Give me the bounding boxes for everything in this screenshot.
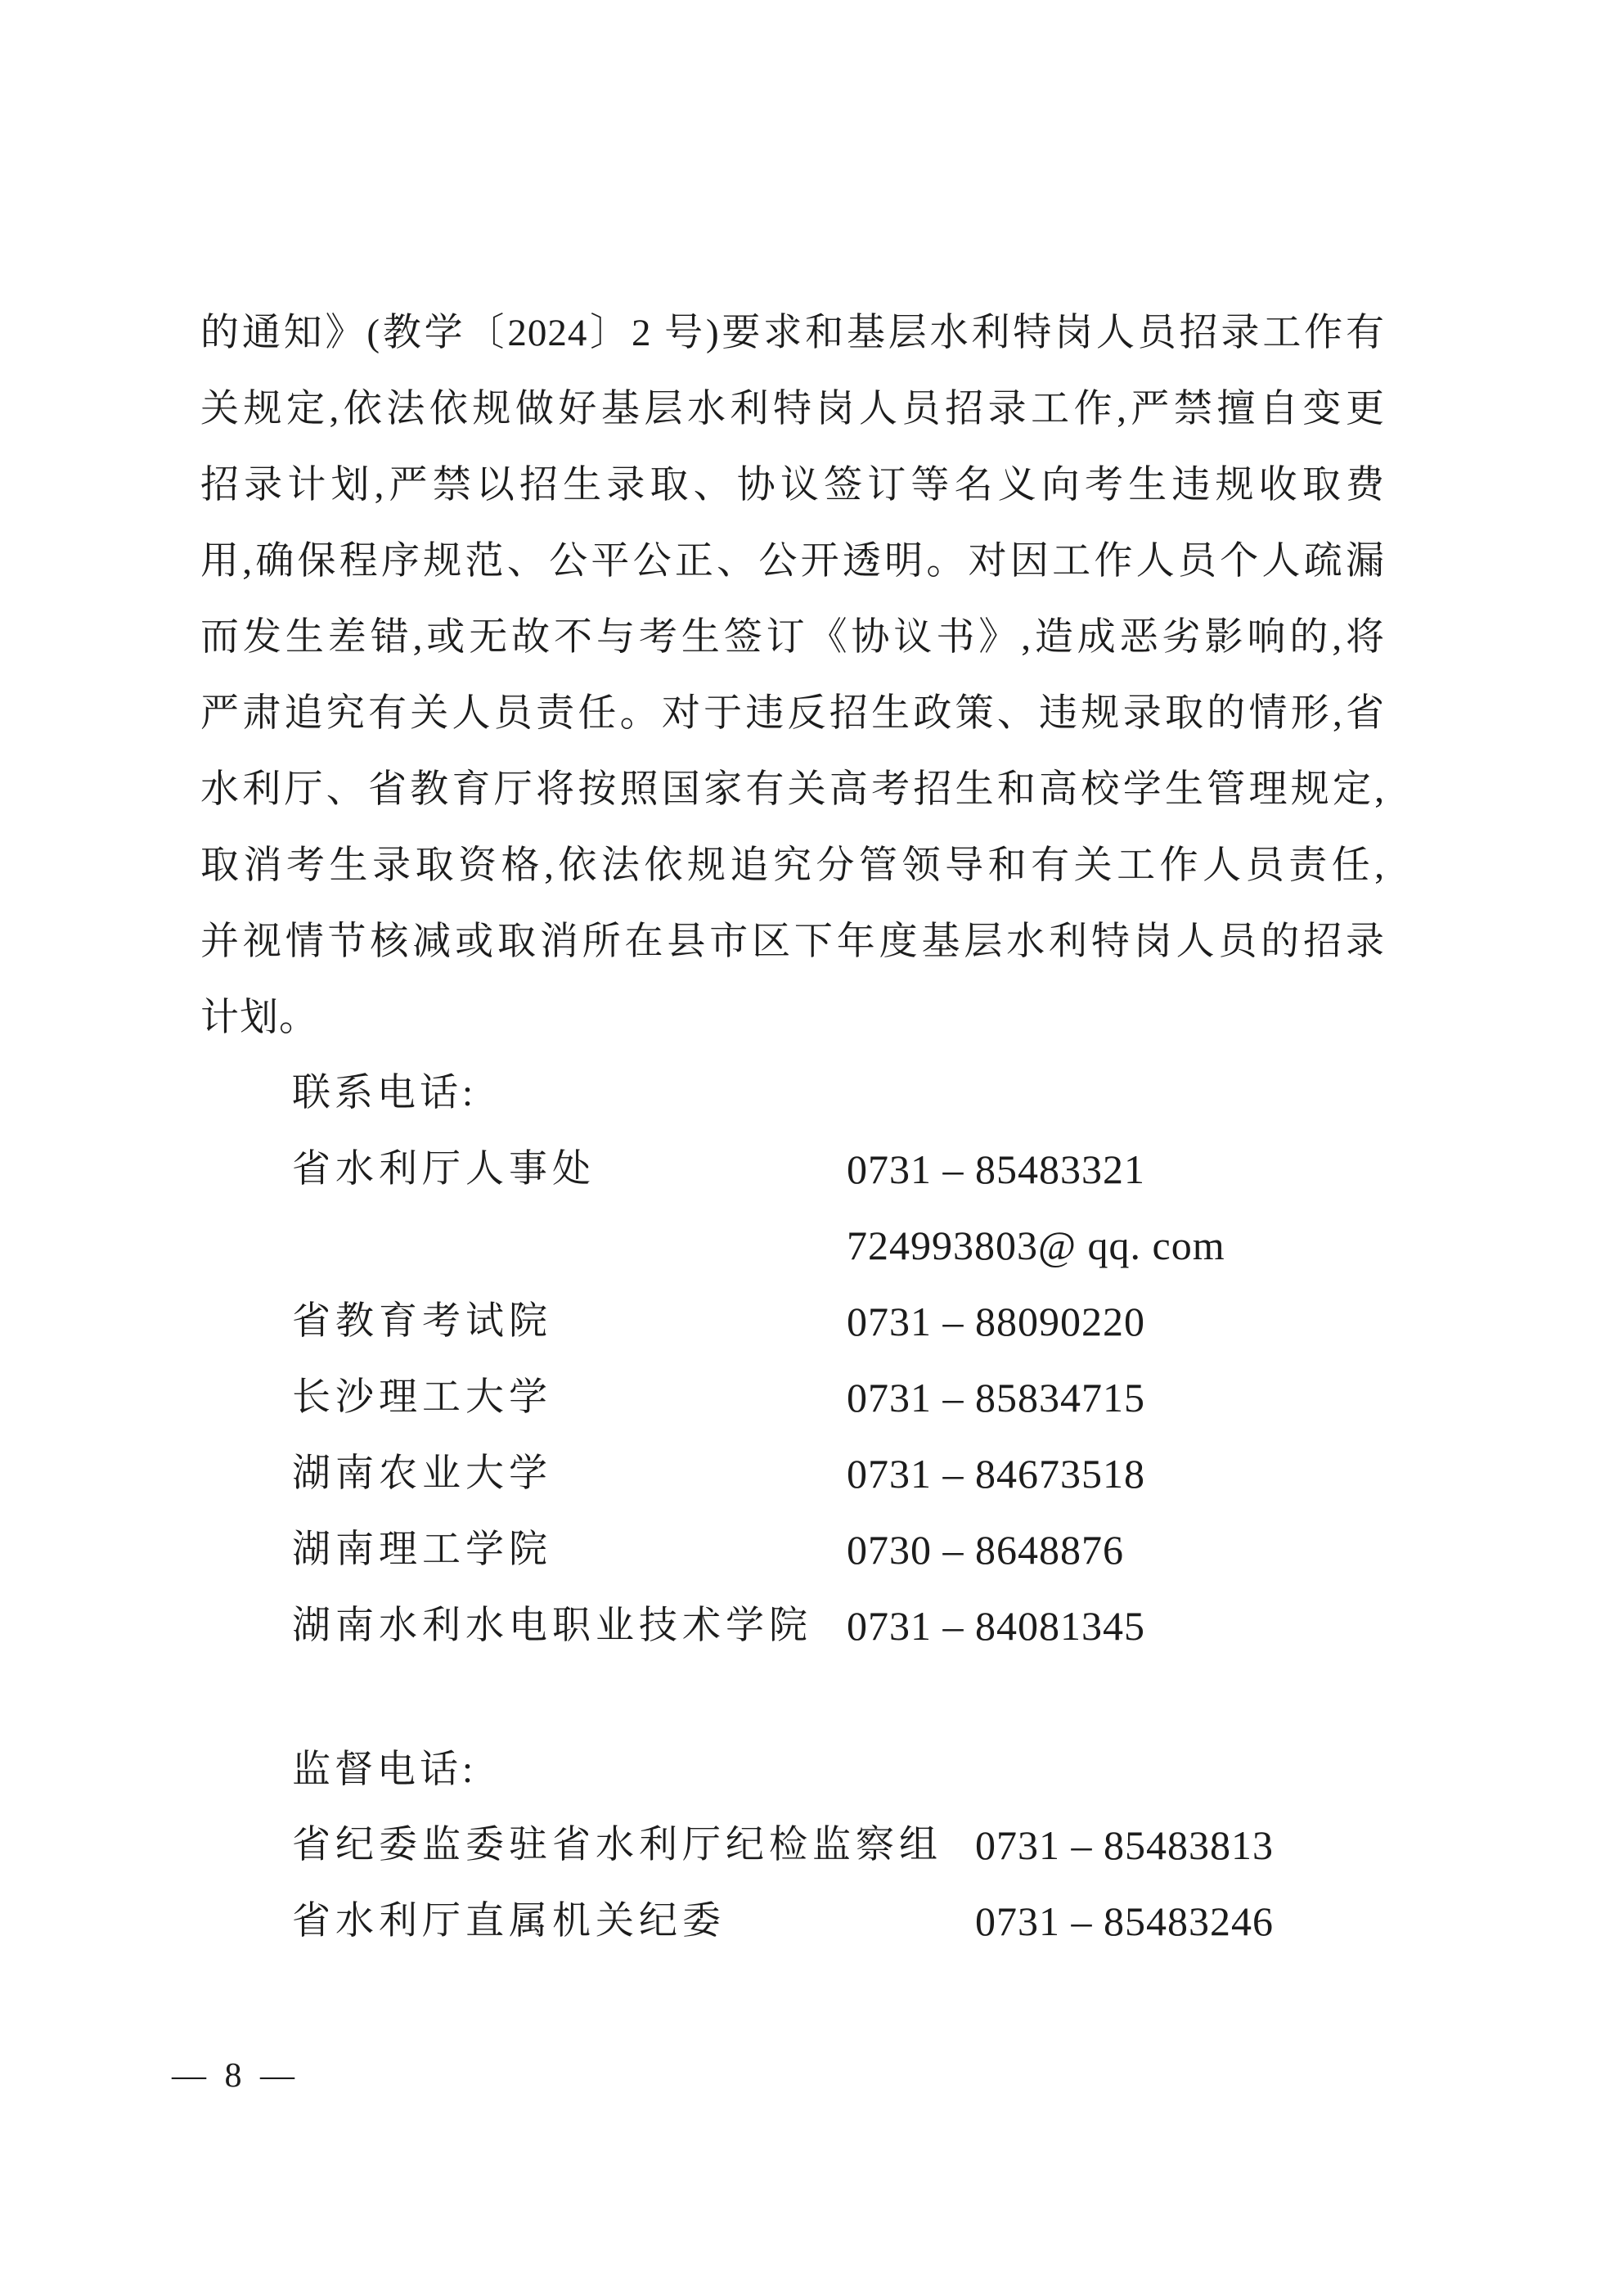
- contact-row: 724993803@ qq. com: [292, 1208, 1382, 1284]
- body-line: 水利厅、省教育厅将按照国家有关高考招生和高校学生管理规定,: [200, 752, 1385, 828]
- document-page: 的通知》(教学〔2024〕2 号)要求和基层水利特岗人员招录工作有 关规定,依法…: [0, 0, 1623, 2296]
- body-line: 取消考生录取资格,依法依规追究分管领导和有关工作人员责任,: [200, 828, 1385, 904]
- phone-number: 0730 – 8648876: [847, 1512, 1124, 1588]
- phone-number: 0731 – 85483246: [975, 1884, 1274, 1960]
- contact-row: 长沙理工大学 0731 – 85834715: [292, 1360, 1382, 1436]
- org-name: 湖南水利水电职业技术学院: [292, 1605, 812, 1647]
- contact-row: 省水利厅人事处 0731 – 85483321: [292, 1132, 1382, 1208]
- email-address: 724993803@ qq. com: [847, 1208, 1225, 1284]
- body-line: 严肃追究有关人员责任。对于违反招生政策、违规录取的情形,省: [200, 676, 1385, 752]
- phone-number: 0731 – 84673518: [847, 1436, 1145, 1512]
- phone-number: 0731 – 85483321: [847, 1132, 1145, 1208]
- org-name: 省教育考试院: [292, 1300, 552, 1343]
- org-name: 湖南理工学院: [292, 1528, 552, 1571]
- body-line: 并视情节核减或取消所在县市区下年度基层水利特岗人员的招录: [200, 904, 1385, 980]
- contact-row: 湖南农业大学 0731 – 84673518: [292, 1436, 1382, 1512]
- org-name: 长沙理工大学: [292, 1376, 552, 1419]
- phone-number: 0731 – 84081345: [847, 1588, 1145, 1664]
- contact-row: 省教育考试院 0731 – 88090220: [292, 1284, 1382, 1360]
- supervision-row: 省纪委监委驻省水利厅纪检监察组 0731 – 85483813: [292, 1808, 1382, 1884]
- body-line: 的通知》(教学〔2024〕2 号)要求和基层水利特岗人员招录工作有: [200, 295, 1385, 371]
- org-name: 省水利厅直属机关纪委: [292, 1900, 726, 1943]
- supervision-phone-heading: 监督电话:: [292, 1732, 477, 1808]
- phone-number: 0731 – 85834715: [847, 1360, 1145, 1436]
- body-line: 而发生差错,或无故不与考生签订《协议书》,造成恶劣影响的,将: [200, 600, 1385, 676]
- body-line: 关规定,依法依规做好基层水利特岗人员招录工作,严禁擅自变更: [200, 371, 1385, 448]
- phone-number: 0731 – 88090220: [847, 1284, 1145, 1360]
- body-line: 计划。: [200, 980, 1385, 1056]
- contact-row: 湖南理工学院 0730 – 8648876: [292, 1512, 1382, 1588]
- org-name: 省水利厅人事处: [292, 1148, 596, 1191]
- body-line: 用,确保程序规范、公平公正、公开透明。对因工作人员个人疏漏: [200, 524, 1385, 600]
- contact-phone-heading: 联系电话:: [292, 1056, 477, 1132]
- phone-number: 0731 – 85483813: [975, 1808, 1274, 1884]
- body-paragraph: 的通知》(教学〔2024〕2 号)要求和基层水利特岗人员招录工作有 关规定,依法…: [200, 295, 1385, 1056]
- org-name: 省纪委监委驻省水利厅纪检监察组: [292, 1824, 942, 1866]
- body-line: 招录计划,严禁以招生录取、协议签订等名义向考生违规收取费: [200, 448, 1385, 524]
- supervision-row: 省水利厅直属机关纪委 0731 – 85483246: [292, 1884, 1382, 1960]
- contact-row: 湖南水利水电职业技术学院 0731 – 84081345: [292, 1588, 1382, 1664]
- org-name: 湖南农业大学: [292, 1452, 552, 1495]
- page-number: — 8 —: [172, 2055, 299, 2096]
